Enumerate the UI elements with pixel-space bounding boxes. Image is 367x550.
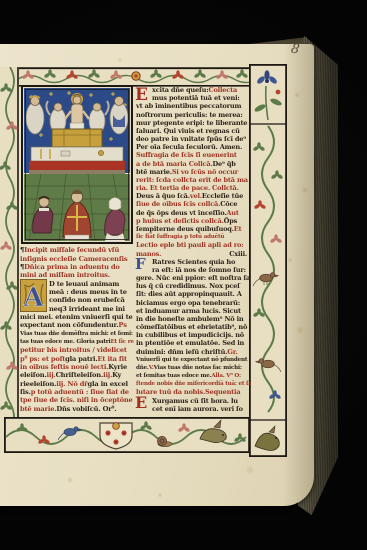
text-segment: ſit: dies aūt appropinquauit. A — [136, 290, 242, 298]
text-segment: p huius et deſictis collcā. — [136, 217, 224, 225]
text-line: cōmeſſatōibus et ebrietatib⁹, nō — [136, 323, 251, 331]
text-segment: Incipit miſſale ſecundū vſū — [24, 246, 119, 254]
text-line: Suffragia de ſcīs ſi euenerint — [136, 151, 251, 159]
text-line: biciamus ergo opa tenebrarū: — [136, 298, 251, 306]
text-segment: et ſemitas tuas edoce me. — [136, 373, 211, 379]
text-segment: gla patri. — [65, 355, 97, 363]
text-line: tpe ſiue de ſcīs. niſi in ōceptōne — [20, 396, 134, 404]
text-segment: Deus ā q̄uo ſcā. — [136, 192, 190, 200]
text-segment: xcita dñe queſu: — [152, 86, 208, 94]
text-segment: Per oīa ſecula ſeculorū. Amen. — [136, 143, 242, 151]
text-line: inſignis eccleſie Cameracenſis — [20, 254, 134, 262]
text-line: D te leuaui animam — [20, 279, 134, 287]
text-segment: meā : deus meus in te — [49, 288, 127, 296]
text-segment: p⁰ ps: et poſt — [20, 355, 65, 363]
text-segment: vt ab īminentibus peccatorum — [136, 102, 241, 110]
text-segment: Eccleſie tūe — [202, 192, 243, 200]
text-line: ſiue de oībus ſcīs collcā. Cōce — [136, 200, 251, 208]
text-segment: Chriſteleiſon. — [56, 371, 104, 379]
text-segment: De⁹ q̄b — [213, 160, 236, 168]
text-segment: Ps — [118, 321, 126, 329]
manuscript-photo: 8 — [0, 0, 367, 550]
text-line: manos. Cxiii. — [136, 249, 251, 257]
text-line: meā : deus meus in te — [20, 288, 134, 296]
border-top-band — [18, 67, 249, 87]
initial-E-collect: E — [135, 87, 148, 104]
text-line: lutare tuū da nobis. Sequentia — [136, 388, 251, 396]
text-line: ſis. p totū aduentū : ſiue fiat de — [20, 388, 134, 396]
text-segment: vel. — [190, 192, 202, 200]
initial-E-sequence: E — [135, 395, 147, 411]
text-segment: Lectio eple bti pauli apli ad ro: — [136, 241, 243, 249]
text-line: ſic fiāt ſuffragia p totū aduētū — [136, 233, 251, 241]
text-line: petitur bis introitus / videlicet — [20, 346, 134, 354]
text-line: Deus ā q̄uo ſcā. vel. Eccleſie tūe — [136, 192, 251, 200]
text-segment: confido non erubeſcā — [49, 296, 125, 304]
text-segment: gere. Nūc eni ppior: eſt noſtra ſa — [136, 274, 250, 282]
text-line: eleiſon. iij. Chriſteleiſon. iij. Ky — [20, 371, 134, 379]
altar-frontal — [29, 161, 125, 170]
text-segment: neq3 irrideant me ini — [49, 305, 125, 313]
text-segment: Cxiii. — [229, 250, 247, 258]
text-segment: lus q̄ cū credidimus. Nox pceſ — [136, 282, 240, 290]
text-line: tas tuas edoce me. Gloria patri Et ſic r… — [20, 338, 134, 346]
text-segment: Et — [234, 225, 242, 233]
text-segment: duimini: dñm ieſū chriſtū. — [136, 348, 227, 356]
text-segment: gla in excel — [88, 380, 128, 388]
right-text-column: xcita dñe queſu: Collectamus potentiā tu… — [136, 86, 251, 413]
border-right-band — [249, 64, 287, 457]
text-line: ſit: dies aūt appropinquauit. A — [136, 290, 251, 298]
text-segment: petitur bis introitus / videlicet — [20, 346, 127, 354]
text-segment: Dñs vobiſcū. Or⁰. — [56, 405, 116, 413]
text-segment: expectant non cōfundentur. — [20, 321, 118, 329]
text-line: Vniuerſi qui te expectant nō pfundent — [136, 356, 251, 364]
text-segment: noſtrorum periculis: te merea: — [136, 111, 243, 119]
text-segment: tpe ſiue de ſcīs. niſi in ōceptōne — [20, 396, 133, 404]
text-segment: ſtende nobis dñe miſericordiā tuā: et ſa — [136, 381, 251, 387]
text-line: duimini: dñm ieſū chriſtū. Gr. — [136, 348, 251, 356]
text-segment: rerit: ſcda collcta erit de btā ma — [136, 176, 248, 184]
text-segment: mici mei. etenim vniuerſi qui te — [20, 313, 133, 321]
text-segment: ria. Et tertia de pace. Collctā. — [136, 184, 239, 192]
shield-crest-icon — [100, 423, 132, 449]
text-segment: mus potentiā tuā et veni: — [152, 94, 240, 102]
text-segment: Xurgamus cū ſit hora. lu — [152, 397, 238, 405]
text-segment: Kyrie — [108, 363, 127, 371]
text-segment: Cōce — [220, 200, 237, 208]
text-segment: cet enī iam aurora. veri ſo — [152, 405, 243, 413]
text-line: et induamur arma lucis. Sicut — [136, 307, 251, 315]
text-segment: a de btā maria Collcā. — [136, 160, 213, 168]
text-line: mur ptegente eripi: te liberante — [136, 119, 251, 127]
text-line: de q̄s ōps deus vt īnceſſio. Aut — [136, 209, 251, 217]
text-segment: Dñica prima in aduentu do — [24, 263, 120, 271]
text-segment: Et ſic re — [110, 339, 133, 345]
border-bottom-band — [4, 417, 250, 453]
text-line: mici mei. etenim vniuerſi qui te — [20, 313, 134, 321]
text-segment: mur ptegente eripi: te liberante — [136, 119, 247, 127]
text-segment: iij. — [103, 371, 112, 379]
text-line: expectant non cōfundentur. Ps — [20, 321, 134, 329]
text-segment: Et ita fit — [98, 355, 127, 363]
text-segment: tas tuas edoce me. Gloria patri — [20, 339, 110, 345]
text-line: noſtrorum periculis: te merea: — [136, 111, 251, 119]
text-segment: cōmeſſatōibus et ebrietatib⁹, nō — [136, 323, 247, 331]
text-segment: inſignis eccleſie Cameracenſis — [20, 255, 127, 263]
text-segment: Aut — [226, 209, 238, 217]
text-line: ¶ Incipit miſſale ſecundū vſū — [20, 246, 134, 254]
text-segment: ra eſt: iā nos de ſomno ſur: — [152, 266, 246, 274]
text-segment: iij. Nō dr̄ — [56, 380, 87, 388]
text-segment: iij. — [47, 371, 56, 379]
text-segment: Gr. — [227, 348, 237, 356]
text-segment: p totū aduentū : ſiue fiat de — [31, 388, 129, 396]
text-segment: et induamur arma lucis. Sicut — [136, 307, 241, 315]
left-text-column: ¶ Incipit miſſale ſecundū vſūinſignis ec… — [20, 246, 134, 413]
text-line: p⁰ ps: et poſt gla patri. Et ita fit — [20, 354, 134, 362]
text-line: vt ab īminentibus peccatorum — [136, 102, 251, 110]
text-line: rerit: ſcda collcta erit de btā ma — [136, 176, 251, 184]
text-line: confido non erubeſcā — [20, 296, 134, 304]
text-segment: ſic fiāt ſuffragia p totū aduētū — [136, 234, 224, 240]
text-segment: Sequentia — [205, 388, 240, 396]
text-segment: btē marie. — [136, 168, 172, 176]
text-line: p huius et deſictis collcā. Ōps — [136, 217, 251, 225]
text-line: in oībus feſtis nouē lecti. Kyrie — [20, 363, 134, 371]
text-line: in ptentiōe et emulatōe. Sed in — [136, 339, 251, 347]
text-line: a de btā maria Collcā. De⁹ q̄b — [136, 160, 251, 168]
text-segment: Si vo ſcūs nō occur — [172, 168, 238, 176]
text-line: ſempiterne deus quibuſuoq. Et — [136, 225, 251, 233]
text-line: lus q̄ cū credidimus. Nox pceſ — [136, 282, 251, 290]
text-segment: de q̄s ōps deus vt īnceſſio. — [136, 209, 226, 217]
text-line: ¶ Dñica prima in aduentu do — [20, 263, 134, 271]
gold-tomb — [52, 129, 102, 147]
text-segment: Suffragia de ſcīs ſi euenerint — [136, 151, 237, 159]
text-line: mus potentiā tuā et veni: — [136, 94, 251, 102]
devotional-miniature — [21, 85, 133, 244]
text-segment: Ratres Scientes quia ho — [152, 258, 235, 266]
text-line: btē marie. Dñs vobiſcū. Or⁰. — [20, 405, 134, 413]
text-segment: mini ad miſſam introitus. — [20, 271, 110, 279]
text-line: neq3 irrideant me ini — [20, 304, 134, 312]
text-segment: Vias tuas dñe demōſtra michi: et ſemi: — [20, 331, 133, 337]
text-line: Ratres Scientes quia ho — [136, 258, 251, 266]
text-segment: eleiſon. — [20, 371, 47, 379]
text-line: ra eſt: iā nos de ſomno ſur: — [136, 266, 251, 274]
center-rosette-icon — [132, 72, 140, 80]
text-line: Xurgamus cū ſit hora. lu — [136, 397, 251, 405]
text-line: deo patre in vnitate ſpūs ſcī de⁹ — [136, 135, 251, 143]
text-segment: Alla. V⁰ O: — [211, 373, 241, 379]
text-line: in cubilibus et impudicicijs. nō — [136, 331, 251, 339]
text-segment: Ky — [112, 371, 121, 379]
text-segment: biciamus ergo opa tenebrarū: — [136, 299, 240, 307]
border-left-band — [0, 67, 19, 452]
text-line: ſtende nobis dñe miſericordiā tuā: et ſa — [136, 380, 251, 388]
text-line: btē marie. Si vo ſcūs nō occur — [136, 168, 251, 176]
text-segment: Ōps — [224, 217, 237, 225]
text-line: mini ad miſſam introitus. — [20, 271, 134, 279]
text-segment: ſempiterne deus quibuſuoq. — [136, 225, 234, 233]
altar-step — [29, 170, 125, 174]
text-line: rieeleiſon. iij. Nō dr̄ gla in excel — [20, 380, 134, 388]
text-segment: D te leuaui animam — [49, 280, 119, 288]
text-line: Lectio eple bti pauli apli ad ro: — [136, 241, 251, 249]
text-line: Vias tuas dñe demōſtra michi: et ſemi: — [20, 329, 134, 337]
text-segment: in ptentiōe et emulatōe. Sed in — [136, 339, 244, 347]
text-segment: in oībus feſtis nouē lecti. — [20, 363, 108, 371]
text-segment: ſaluari. Qui viuis et regnas cū — [136, 127, 240, 135]
text-line: cet enī iam aurora. veri ſo — [136, 405, 251, 413]
text-segment: ſis. — [20, 388, 31, 396]
text-segment: dñe. — [136, 365, 149, 371]
initial-F-epistle: F — [135, 257, 146, 272]
text-segment: Collecta — [208, 86, 237, 94]
text-segment: deo patre in vnitate ſpūs ſcī de⁹ — [136, 135, 246, 143]
text-segment: Vias tuas dñe notas fac michi: — [154, 365, 242, 371]
text-segment: ſiue de oībus ſcīs collcā. — [136, 200, 220, 208]
text-segment: in die honeſte ambulem⁹ Nō in — [136, 315, 244, 323]
text-line: in die honeſte ambulem⁹ Nō in — [136, 315, 251, 323]
text-segment: btē marie. — [20, 405, 56, 413]
text-line: Per oīa ſecula ſeculorū. Amen. — [136, 143, 251, 151]
text-segment: rieeleiſon. — [20, 380, 56, 388]
text-line: gere. Nūc eni ppior: eſt noſtra ſa — [136, 274, 251, 282]
text-line: et ſemitas tuas edoce me. Alla. V⁰ O: — [136, 372, 251, 380]
text-segment: Vniuerſi qui te expectant nō pfundent — [136, 357, 247, 363]
text-segment: in cubilibus et impudicicijs. nō — [136, 331, 244, 339]
text-line: ria. Et tertia de pace. Collctā. — [136, 184, 251, 192]
altar-table — [31, 147, 123, 161]
text-line: xcita dñe queſu: Collecta — [136, 86, 251, 94]
text-line: dñe. V. Vias tuas dñe notas fac michi: — [136, 364, 251, 372]
text-line: ſaluari. Qui viuis et regnas cū — [136, 127, 251, 135]
